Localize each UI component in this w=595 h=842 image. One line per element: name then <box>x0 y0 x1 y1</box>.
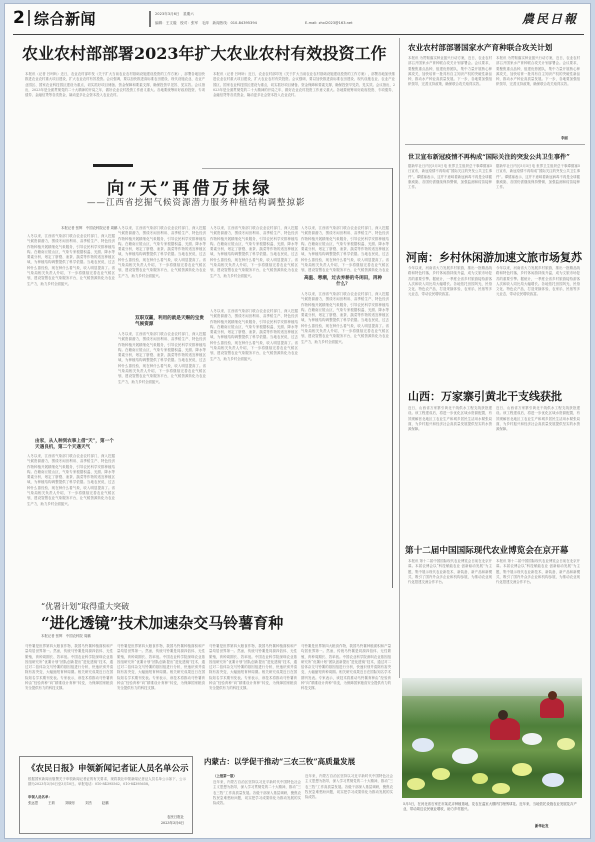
hybrid-byline: 本报记者 张辉 中国农科院 周鹏 <box>41 634 151 639</box>
right-article-5-headline: 第十二届中国国际现代农业博览会在京开幕 <box>405 544 568 556</box>
feature-body-col5: 入冬以来，江西省气象部门联合农业农村部门，深入挖掘气候资源潜力，围绕冬闲田利用、… <box>301 226 389 274</box>
photo-worker-2 <box>540 698 564 718</box>
notice-name: 王莉 <box>48 801 55 806</box>
flower <box>512 763 532 776</box>
hydrangea-photo <box>402 678 582 798</box>
notice-name: 赵鹏 <box>102 801 109 806</box>
newspaper-page: 2 综合新闻 2023年3月6日 星期六 编辑：王文璇 校对：张军 毛萍 新闻热… <box>4 3 591 839</box>
page-number-divider <box>28 10 30 26</box>
section-title: 综合新闻 <box>34 8 96 29</box>
hybrid-body-col2: 马铃薯是世界第四大粮食作物，我国马铃薯种植面积和产量均居世界第一。然而，传统马铃… <box>117 644 205 749</box>
right-article-5-col2: 本报讯 第十二届中国国际现代农业博览会日前在北京开幕。本届农博会以“科技赋能农业… <box>496 559 580 671</box>
photo-worker-1-head <box>498 710 508 720</box>
notice-title: 《农民日报》申领新闻记者证人员名单公示 <box>27 762 189 774</box>
right-article-5-col1: 本报讯 第十二届中国国际现代农业博览会日前在北京开幕。本届农博会以“科技赋能农业… <box>408 559 492 671</box>
bottom-byline: （上接第一版） <box>213 774 237 779</box>
flower <box>492 783 510 794</box>
photo-credit: 新华社发 <box>535 824 549 829</box>
photo-worker-2-head <box>548 691 557 700</box>
feature-subheadline: ——江西省挖掘气候资源潜力服务种植结构调整掠影 <box>87 196 306 208</box>
right-article-3-col2: 今年以来，河南省大力发展乡村旅游，推出一批精品线路和特色村落，乡村休闲游持续升温… <box>496 266 580 374</box>
hybrid-body-col3: 马铃薯是世界第四大粮食作物，我国马铃薯种植面积和产量均居世界第一。然而，传统马铃… <box>209 644 297 749</box>
right-article-2-col1: 据新华社日内瓦5月5日电 世界卫生组织总干事谭德塞5日宣布，新冠疫情不再构成“国… <box>408 164 492 236</box>
lead-body-col2: 本报讯（记者 吕珂昕）近日，农业农村部印发《关于扩大当前农业农村基础设施建设投资… <box>213 72 395 152</box>
photo-worker-1 <box>490 718 520 740</box>
right-article-2-col2: 据新华社日内瓦5月5日电 世界卫生组织总干事谭德塞5日宣布，新冠疫情不再构成“国… <box>496 164 580 236</box>
feature-body-col6: 入冬以来，江西省气象部门联合农业农村部门，深入挖掘气候资源潜力，围绕冬闲田利用、… <box>301 292 389 584</box>
flower <box>412 738 434 752</box>
editors-line: 编辑：王文璇 校对：张军 毛萍 新闻热线：010-84395394 <box>155 21 257 26</box>
right-article-4-col1: 近日，山西省万家寨引黄北干线供水工程支线获批建设。该工程建成后，将进一步优化区域… <box>408 406 492 534</box>
right-article-1-signature: 李丽 <box>561 136 568 141</box>
hybrid-headline: “进化透镜”技术加速杂交马铃薯育种 <box>41 612 283 633</box>
flower <box>432 768 450 780</box>
flower <box>542 773 564 787</box>
right-divider-1 <box>405 144 585 145</box>
feature-accent-bar <box>93 164 133 167</box>
masthead-logo: 農民日報 <box>522 10 578 27</box>
meta-divider <box>149 11 151 27</box>
notice-name: 张远思 <box>28 801 38 806</box>
right-article-3-col1: 今年以来，河南省大力发展乡村旅游，推出一批精品线路和特色村落，乡村休闲游持续升温… <box>408 266 492 374</box>
right-article-1-col2: 本报讯 为贯彻落实种业振兴行动方案，近日，农业农村部召开国家水产育种联合攻关计划… <box>496 56 580 140</box>
right-article-2-headline: 世卫宣布新冠疫情不再构成“国际关注的突发公共卫生事件” <box>408 152 570 161</box>
flower <box>452 748 478 764</box>
hybrid-body-col4: 马铃薯是世界第四大粮食作物，我国马铃薯种植面积和产量均居世界第一。然而，传统马铃… <box>301 644 391 749</box>
hybrid-kicker: “优署计划”取得重大突破 <box>41 601 129 612</box>
bottom-body-col2: 近年来，内蒙古自治区坚持以习近平新时代中国特色社会主义思想为指导，深入学习贯彻党… <box>305 774 393 830</box>
flower <box>407 778 425 790</box>
right-article-1-col1: 本报讯 为贯彻落实种业振兴行动方案，近日，农业农村部召开国家水产育种联合攻关计划… <box>408 56 492 140</box>
flower <box>472 773 488 784</box>
feature-right-rule <box>392 168 393 588</box>
right-article-4-col2: 近日，山西省万家寨引黄北干线供水工程支线获批建设。该工程建成后，将进一步优化区域… <box>496 406 580 534</box>
flower <box>522 733 542 745</box>
notice-names: 张远思 王莉 刘晓东 刘杰 赵鹏 <box>28 801 168 806</box>
feature-body-col3: 入冬以来，江西省气象部门联合农业农村部门，深入挖掘气候资源潜力，围绕冬闲田利用、… <box>118 332 206 584</box>
feature-top-rule <box>202 168 392 169</box>
right-article-3-headline: 河南：乡村休闲游加速文旅市场复苏 <box>406 249 582 265</box>
bottom-headline: 内蒙古：以学促干推动“三农三牧”高质量发展 <box>204 756 355 767</box>
page-number: 2 <box>13 8 25 28</box>
feature-body-col4: 入冬以来，江西省气象部门联合农业农村部门，深入挖掘气候资源潜力，围绕冬闲田利用、… <box>210 226 298 306</box>
feature-body-col1: 入冬以来，江西省气象部门联合农业农村部门，深入挖掘气候资源潜力，围绕冬闲田利用、… <box>27 234 115 434</box>
right-article-4-headline: 山西：万家寨引黄北干支线获批 <box>408 388 562 404</box>
hybrid-body-col1: 马铃薯是世界第四大粮食作物，我国马铃薯种植面积和产量均居世界第一。然而，传统马铃… <box>25 644 113 749</box>
photo-caption: 5月5日，在河北省石家庄市某花卉种植基地，花农在温室大棚内打理绣球花。近年来，当… <box>403 802 581 824</box>
feature-subhead-3: 由家，从人种到农事上借“天”，第一个天遇良机，第二个天遇天气 <box>35 439 115 451</box>
right-article-1-headline: 农业农村部部署国家水产育种联合攻关计划 <box>408 42 552 53</box>
feature-subhead-1: 高温、寒潮，过去弃耕的冬闲田，再种什么？ <box>303 276 383 288</box>
feature-body-col2: 入冬以来，江西省气象部门联合农业农村部门，深入挖掘气候资源潜力，围绕冬闲田利用、… <box>118 226 206 316</box>
column-divider <box>399 38 400 678</box>
issue-date: 2023年3月6日 星期六 <box>155 12 194 17</box>
notice-issuer: 农民日报社 <box>167 815 184 820</box>
notice-date: 2023年3月6日 <box>161 821 184 826</box>
feature-body-col8: 入冬以来，江西省气象部门联合农业农村部门，深入挖掘气候资源潜力，围绕冬闲田利用、… <box>27 454 115 584</box>
email-line: E-mail: zhxl2023@163.net <box>305 21 353 25</box>
notice-name: 刘晓东 <box>65 801 75 806</box>
flower <box>557 738 575 750</box>
lead-body-col1: 本报讯（记者 吕珂昕）近日，农业农村部印发《关于扩大当前农业农村基础设施建设投资… <box>25 72 205 152</box>
notice-list-label: 申领人员名单： <box>28 795 88 800</box>
notice-body: 根据国家新闻出版署关于申领新闻记者证的有关要求，现将我社申领新闻记者证人员名单公… <box>28 777 186 793</box>
lead-headline: 农业农村部部署2023年扩大农业农村有效投资工作 <box>22 41 387 64</box>
header-rule <box>13 34 584 35</box>
notice-name: 刘杰 <box>85 801 92 806</box>
feature-body-col7: 入冬以来，江西省气象部门联合农业农村部门，深入挖掘气候资源潜力，围绕冬闲田利用、… <box>210 309 298 584</box>
feature-subhead-2: 双职双赢，利用的就是天赐的宝贵气候资源 <box>135 316 205 328</box>
notice-box: 《农民日报》申领新闻记者证人员名单公示 根据国家新闻出版署关于申领新闻记者证的有… <box>19 756 193 834</box>
bottom-body-col1: 近年来，内蒙古自治区坚持以习近平新时代中国特色社会主义思想为指导，深入学习贯彻党… <box>213 780 301 830</box>
